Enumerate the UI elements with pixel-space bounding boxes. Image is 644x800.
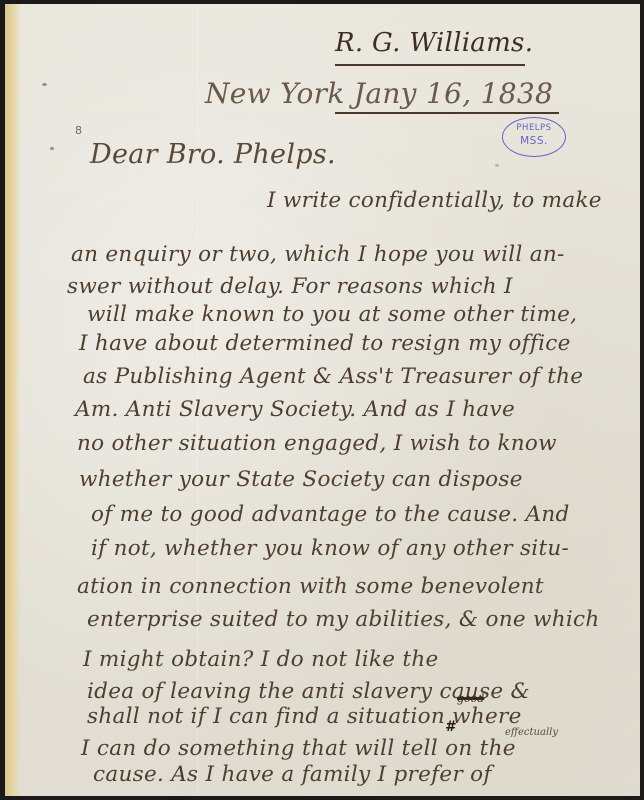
letter-line: I might obtain? I do not like the bbox=[83, 649, 439, 671]
letter-line: if not, whether you know of any other si… bbox=[91, 538, 569, 560]
ink-spot bbox=[42, 83, 47, 86]
letter-line: whether your State Society can dispose bbox=[79, 469, 523, 491]
paper-edge-stain bbox=[5, 4, 21, 796]
letter-line: I have about determined to resign my off… bbox=[79, 333, 571, 355]
letter-line: ation in connection with some benevolent bbox=[77, 576, 544, 598]
letter-line: no other situation engaged, I wish to kn… bbox=[77, 433, 557, 455]
pencil-mark: 8 bbox=[75, 124, 82, 137]
struck-word: good bbox=[457, 692, 484, 705]
letter-line: an enquiry or two, which I hope you will… bbox=[71, 244, 565, 266]
letter-line: will make known to you at some other tim… bbox=[87, 304, 577, 326]
interlinear-insert: effectually bbox=[505, 727, 558, 738]
salutation: Dear Bro. Phelps. bbox=[90, 141, 336, 168]
letter-line: swer without delay. For reasons which I bbox=[67, 276, 513, 298]
archive-stamp: PHELPS MSS. bbox=[502, 117, 566, 157]
letter-line: Am. Anti Slavery Society. And as I have bbox=[75, 399, 515, 421]
date-underline bbox=[335, 112, 559, 114]
author-header: R. G. Williams. bbox=[335, 30, 533, 56]
letter-page: R. G. Williams. New York Jany 16, 1838 P… bbox=[5, 4, 640, 796]
letter-line: as Publishing Agent & Ass't Treasurer of… bbox=[83, 366, 583, 388]
stamp-line1: PHELPS bbox=[503, 123, 565, 133]
letter-line: I can do something that will tell on the bbox=[81, 738, 516, 760]
letter-line: shall not if I can find a situation wher… bbox=[87, 706, 522, 728]
ink-spot bbox=[50, 147, 54, 150]
letter-line: enterprise suited to my abilities, & one… bbox=[87, 609, 600, 631]
letter-line: I write confidentially, to make bbox=[267, 190, 602, 212]
letter-line: of me to good advantage to the cause. An… bbox=[91, 504, 570, 526]
stamp-line2: MSS. bbox=[503, 135, 565, 147]
author-underline bbox=[335, 64, 525, 66]
letter-line: cause. As I have a family I prefer of bbox=[93, 764, 492, 786]
place-date: New York Jany 16, 1838 bbox=[205, 80, 553, 108]
ink-spot bbox=[495, 164, 499, 167]
